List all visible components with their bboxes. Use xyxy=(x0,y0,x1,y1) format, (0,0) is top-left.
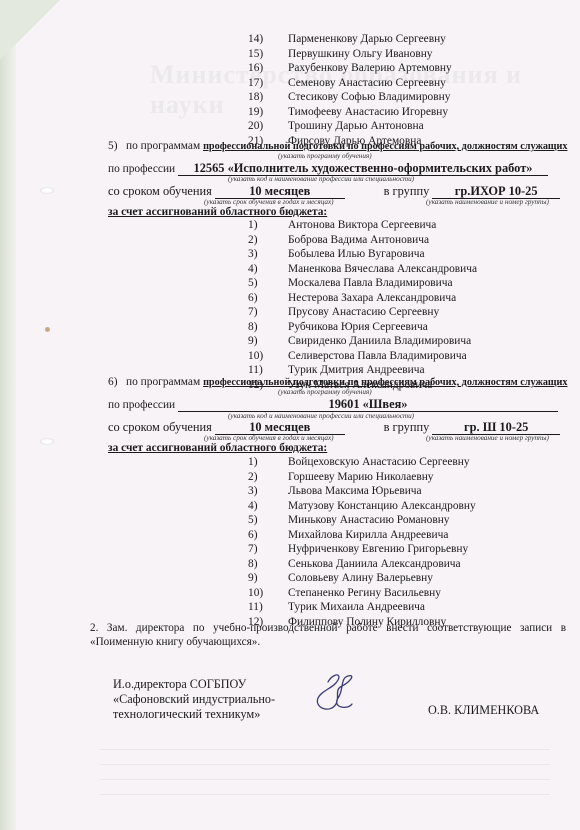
item-number: 1) xyxy=(248,218,288,233)
profession-value: 19601 «Швея» xyxy=(178,398,558,412)
item-number: 6) xyxy=(248,528,288,543)
section-number: 5) xyxy=(108,140,118,152)
term-value: 10 месяцев xyxy=(215,421,345,435)
student-name: Бобылева Илью Вугаровича xyxy=(288,247,425,262)
signer-name: О.В. КЛИМЕНКОВА xyxy=(428,703,539,718)
list-item: 8)Сенькова Даниила Александровича xyxy=(248,557,476,572)
student-name: Маненкова Вячеслава Александровича xyxy=(288,262,477,277)
profession-label: по профессии xyxy=(108,399,175,411)
list-item: 8)Рубчикова Юрия Сергеевича xyxy=(248,320,477,335)
group-label: в группу xyxy=(384,420,430,434)
item-number: 8) xyxy=(248,557,288,572)
student-name: Михайлова Кирилла Андреевича xyxy=(288,528,448,543)
student-name: Пармененкову Дарью Сергеевну xyxy=(288,32,446,47)
section-number: 6) xyxy=(108,376,118,388)
list-item: 1)Войцеховскую Анастасию Сергеевну xyxy=(248,455,476,470)
student-name: Войцеховскую Анастасию Сергеевну xyxy=(288,455,470,470)
item-number: 4) xyxy=(248,262,288,277)
student-name: Свириденко Даниила Владимировича xyxy=(288,334,471,349)
item-number: 5) xyxy=(248,276,288,291)
profession-value: 12565 «Исполнитель художественно-оформит… xyxy=(178,162,548,176)
section-5-header: 5) по программам профессиональной подгот… xyxy=(108,140,560,218)
top-student-list: 14)Пармененкову Дарью Сергеевну 15)Перву… xyxy=(248,32,452,148)
list-item: 5)Минькову Анастасию Романовну xyxy=(248,513,476,528)
profession-hint: (указать код и наименование профессии ил… xyxy=(228,175,414,183)
program-hint: (указать программу обучения) xyxy=(278,388,372,396)
item-number: 3) xyxy=(248,484,288,499)
item-number: 7) xyxy=(248,542,288,557)
item-number: 1) xyxy=(248,455,288,470)
budget-label: за счет ассигнований областного бюджета: xyxy=(108,206,560,218)
item-number: 11) xyxy=(248,600,288,615)
list-item: 18)Стесикову Софью Владимировну xyxy=(248,90,452,105)
item-number: 17) xyxy=(248,76,288,91)
item-number: 9) xyxy=(248,571,288,586)
section-6-header: 6) по программам профессиональной подгот… xyxy=(108,376,560,454)
student-name: Львова Максима Юрьевича xyxy=(288,484,422,499)
term-label: со сроком обучения xyxy=(108,184,212,198)
item-number: 5) xyxy=(248,513,288,528)
list-item: 10)Степаненко Регину Васильевну xyxy=(248,586,476,601)
item-number: 6) xyxy=(248,291,288,306)
term-value: 10 месяцев xyxy=(215,185,345,199)
student-name: Матузову Констанцию Александровну xyxy=(288,499,476,514)
item-number: 18) xyxy=(248,90,288,105)
position-line: технологический техникум» xyxy=(113,707,275,722)
item-number: 9) xyxy=(248,334,288,349)
item-number: 20) xyxy=(248,119,288,134)
item-number: 3) xyxy=(248,247,288,262)
item-number: 14) xyxy=(248,32,288,47)
list-item: 14)Пармененкову Дарью Сергеевну xyxy=(248,32,452,47)
list-item: 19)Тимофееву Анастасию Игоревну xyxy=(248,105,452,120)
student-name: Антонова Виктора Сергеевича xyxy=(288,218,436,233)
list-item: 16)Рахубенкову Валерию Артемовну xyxy=(248,61,452,76)
list-item: 6)Михайлова Кирилла Андреевича xyxy=(248,528,476,543)
position-line: «Сафоновский индустриально- xyxy=(113,692,275,707)
program-value: профессиональной подготовки по профессия… xyxy=(203,141,567,152)
list-item: 9)Свириденко Даниила Владимировича xyxy=(248,334,477,349)
program-label: по программам xyxy=(126,140,200,152)
list-item: 2)Горшееву Марию Николаевну xyxy=(248,470,476,485)
item-number: 16) xyxy=(248,61,288,76)
item-number: 15) xyxy=(248,47,288,62)
student-name: Стесикову Софью Владимировну xyxy=(288,90,450,105)
student-name: Тимофееву Анастасию Игоревну xyxy=(288,105,448,120)
program-value: профессиональной подготовки по профессия… xyxy=(203,377,567,388)
item-number: 4) xyxy=(248,499,288,514)
list-item: 11)Турик Михаила Андреевича xyxy=(248,600,476,615)
term-hint: (указать срок обучения в годах и месяцах… xyxy=(204,434,334,442)
student-name: Москалева Павла Владимировича xyxy=(288,276,453,291)
student-name: Боброва Вадима Антоновича xyxy=(288,233,429,248)
student-name: Соловьеву Алину Валерьевну xyxy=(288,571,433,586)
student-name: Трошину Дарью Антоновна xyxy=(288,119,424,134)
list-item: 1)Антонова Виктора Сергеевича xyxy=(248,218,477,233)
profession-hint: (указать код и наименование профессии ил… xyxy=(228,412,414,420)
group-hint: (указать наименование и номер группы) xyxy=(426,198,549,206)
student-name: Семенову Анастасию Сергеевну xyxy=(288,76,446,91)
position-line: И.о.директора СОГБПОУ xyxy=(113,677,275,692)
list-item: 3)Бобылева Илью Вугаровича xyxy=(248,247,477,262)
program-label: по программам xyxy=(126,376,200,388)
signer-position: И.о.директора СОГБПОУ «Сафоновский индус… xyxy=(113,677,275,722)
list-item: 4)Маненкова Вячеслава Александровича xyxy=(248,262,477,277)
student-name: Рубчикова Юрия Сергеевича xyxy=(288,320,428,335)
list-item: 15)Первушкину Ольгу Ивановну xyxy=(248,47,452,62)
student-name: Минькову Анастасию Романовну xyxy=(288,513,450,528)
list-item: 7)Прусову Анастасию Сергеевну xyxy=(248,305,477,320)
list-item: 17)Семенову Анастасию Сергеевну xyxy=(248,76,452,91)
group-label: в группу xyxy=(384,184,430,198)
section-6-student-list: 1)Войцеховскую Анастасию Сергеевну 2)Гор… xyxy=(248,455,476,629)
list-item: 20)Трошину Дарью Антоновна xyxy=(248,119,452,134)
handwritten-signature-icon xyxy=(308,668,368,718)
student-name: Первушкину Ольгу Ивановну xyxy=(288,47,433,62)
term-hint: (указать срок обучения в годах и месяцах… xyxy=(204,198,334,206)
item-number: 10) xyxy=(248,586,288,601)
list-item: 6)Нестерова Захара Александровича xyxy=(248,291,477,306)
list-item: 10)Селиверстова Павла Владимировича xyxy=(248,349,477,364)
section-5-student-list: 1)Антонова Виктора Сергеевича 2)Боброва … xyxy=(248,218,477,392)
item-number: 19) xyxy=(248,105,288,120)
group-value: гр. Ш 10-25 xyxy=(432,421,560,435)
student-name: Нестерова Захара Александровича xyxy=(288,291,456,306)
list-item: 4)Матузову Констанцию Александровну xyxy=(248,499,476,514)
list-item: 7)Нуфриченкову Евгению Григорьевну xyxy=(248,542,476,557)
item-number: 2) xyxy=(248,470,288,485)
student-name: Нуфриченкову Евгению Григорьевну xyxy=(288,542,468,557)
list-item: 9)Соловьеву Алину Валерьевну xyxy=(248,571,476,586)
student-name: Рахубенкову Валерию Артемовну xyxy=(288,61,452,76)
student-name: Сенькова Даниила Александровича xyxy=(288,557,461,572)
program-hint: (указать программу обучения) xyxy=(278,152,372,160)
term-label: со сроком обучения xyxy=(108,420,212,434)
student-name: Турик Михаила Андреевича xyxy=(288,600,425,615)
list-item: 5)Москалева Павла Владимировича xyxy=(248,276,477,291)
paragraph-2: 2. Зам. директора по учебно-производстве… xyxy=(90,621,566,649)
item-number: 10) xyxy=(248,349,288,364)
budget-label: за счет ассигнований областного бюджета: xyxy=(108,442,560,454)
student-name: Степаненко Регину Васильевну xyxy=(288,586,441,601)
profession-label: по профессии xyxy=(108,163,175,175)
group-hint: (указать наименование и номер группы) xyxy=(426,434,549,442)
item-number: 2) xyxy=(248,233,288,248)
item-number: 7) xyxy=(248,305,288,320)
document-page: 14)Пармененкову Дарью Сергеевну 15)Перву… xyxy=(0,0,580,830)
group-value: гр.ИХОР 10-25 xyxy=(432,185,560,199)
student-name: Прусову Анастасию Сергеевну xyxy=(288,305,439,320)
item-number: 8) xyxy=(248,320,288,335)
student-name: Селиверстова Павла Владимировича xyxy=(288,349,467,364)
list-item: 3)Львова Максима Юрьевича xyxy=(248,484,476,499)
student-name: Горшееву Марию Николаевну xyxy=(288,470,434,485)
list-item: 2)Боброва Вадима Антоновича xyxy=(248,233,477,248)
